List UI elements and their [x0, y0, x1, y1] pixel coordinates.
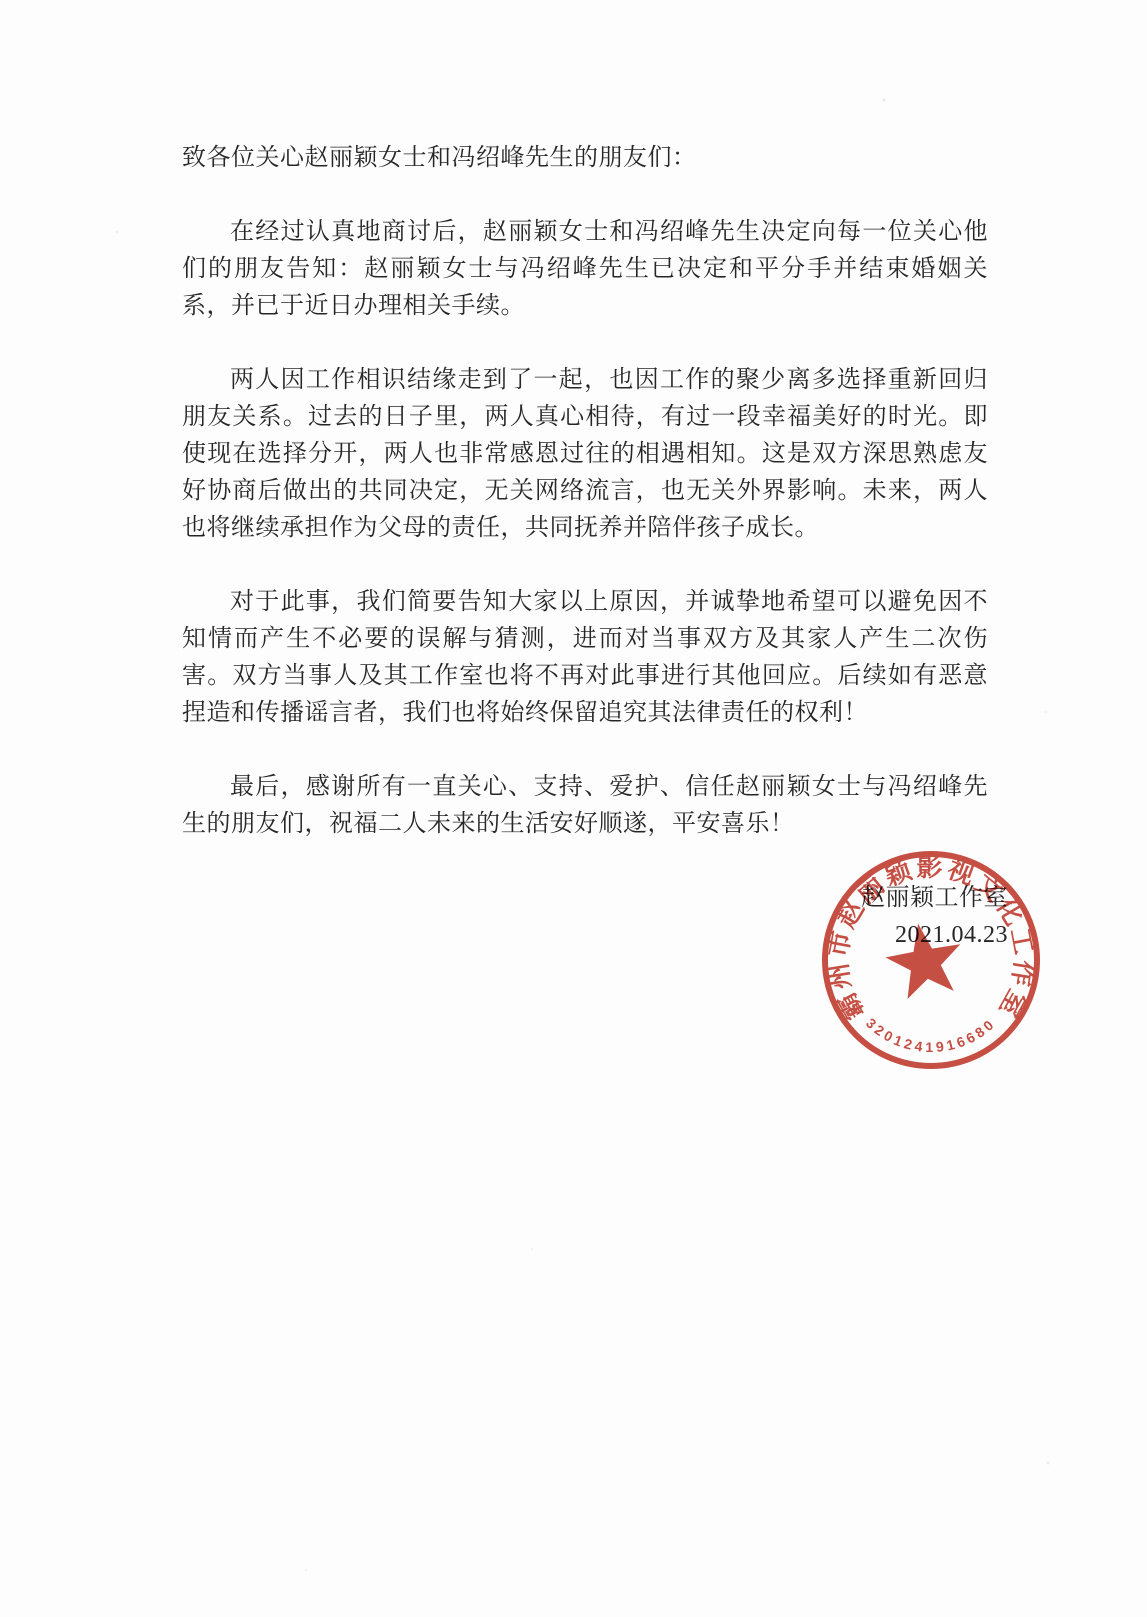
stamp-ring-text: 霸州市赵丽颖影视文化工作室 — [823, 853, 1039, 1024]
studio-stamp: 霸州市赵丽颖影视文化工作室 3201241916680 — [820, 849, 1042, 1071]
star-icon — [881, 917, 968, 1001]
stamp-serial-number: 3201241916680 — [863, 1015, 999, 1055]
paragraph: 在经过认真地商讨后，赵丽颖女士和冯绍峰先生决定向每一位关心他们的朋友告知：赵丽颖… — [182, 214, 988, 325]
svg-text:3201241916680: 3201241916680 — [863, 1015, 999, 1055]
paragraph: 最后，感谢所有一直关心、支持、爱护、信任赵丽颖女士与冯绍峰先生的朋友们，祝福二人… — [182, 769, 988, 843]
paragraph: 对于此事，我们简要告知大家以上原因，并诚挚地希望可以避免因不知情而产生不必要的误… — [182, 584, 988, 732]
scanned-letter-page: 致各位关心赵丽颖女士和冯绍峰先生的朋友们： 在经过认真地商讨后，赵丽颖女士和冯绍… — [0, 0, 1147, 1617]
letter-salutation: 致各位关心赵丽颖女士和冯绍峰先生的朋友们： — [182, 140, 988, 177]
svg-text:霸州市赵丽颖影视文化工作室: 霸州市赵丽颖影视文化工作室 — [823, 853, 1039, 1024]
letter-body: 致各位关心赵丽颖女士和冯绍峰先生的朋友们： 在经过认真地商讨后，赵丽颖女士和冯绍… — [182, 140, 988, 954]
paragraph: 两人因工作相识结缘走到了一起，也因工作的聚少离多选择重新回归朋友关系。过去的日子… — [182, 362, 988, 547]
